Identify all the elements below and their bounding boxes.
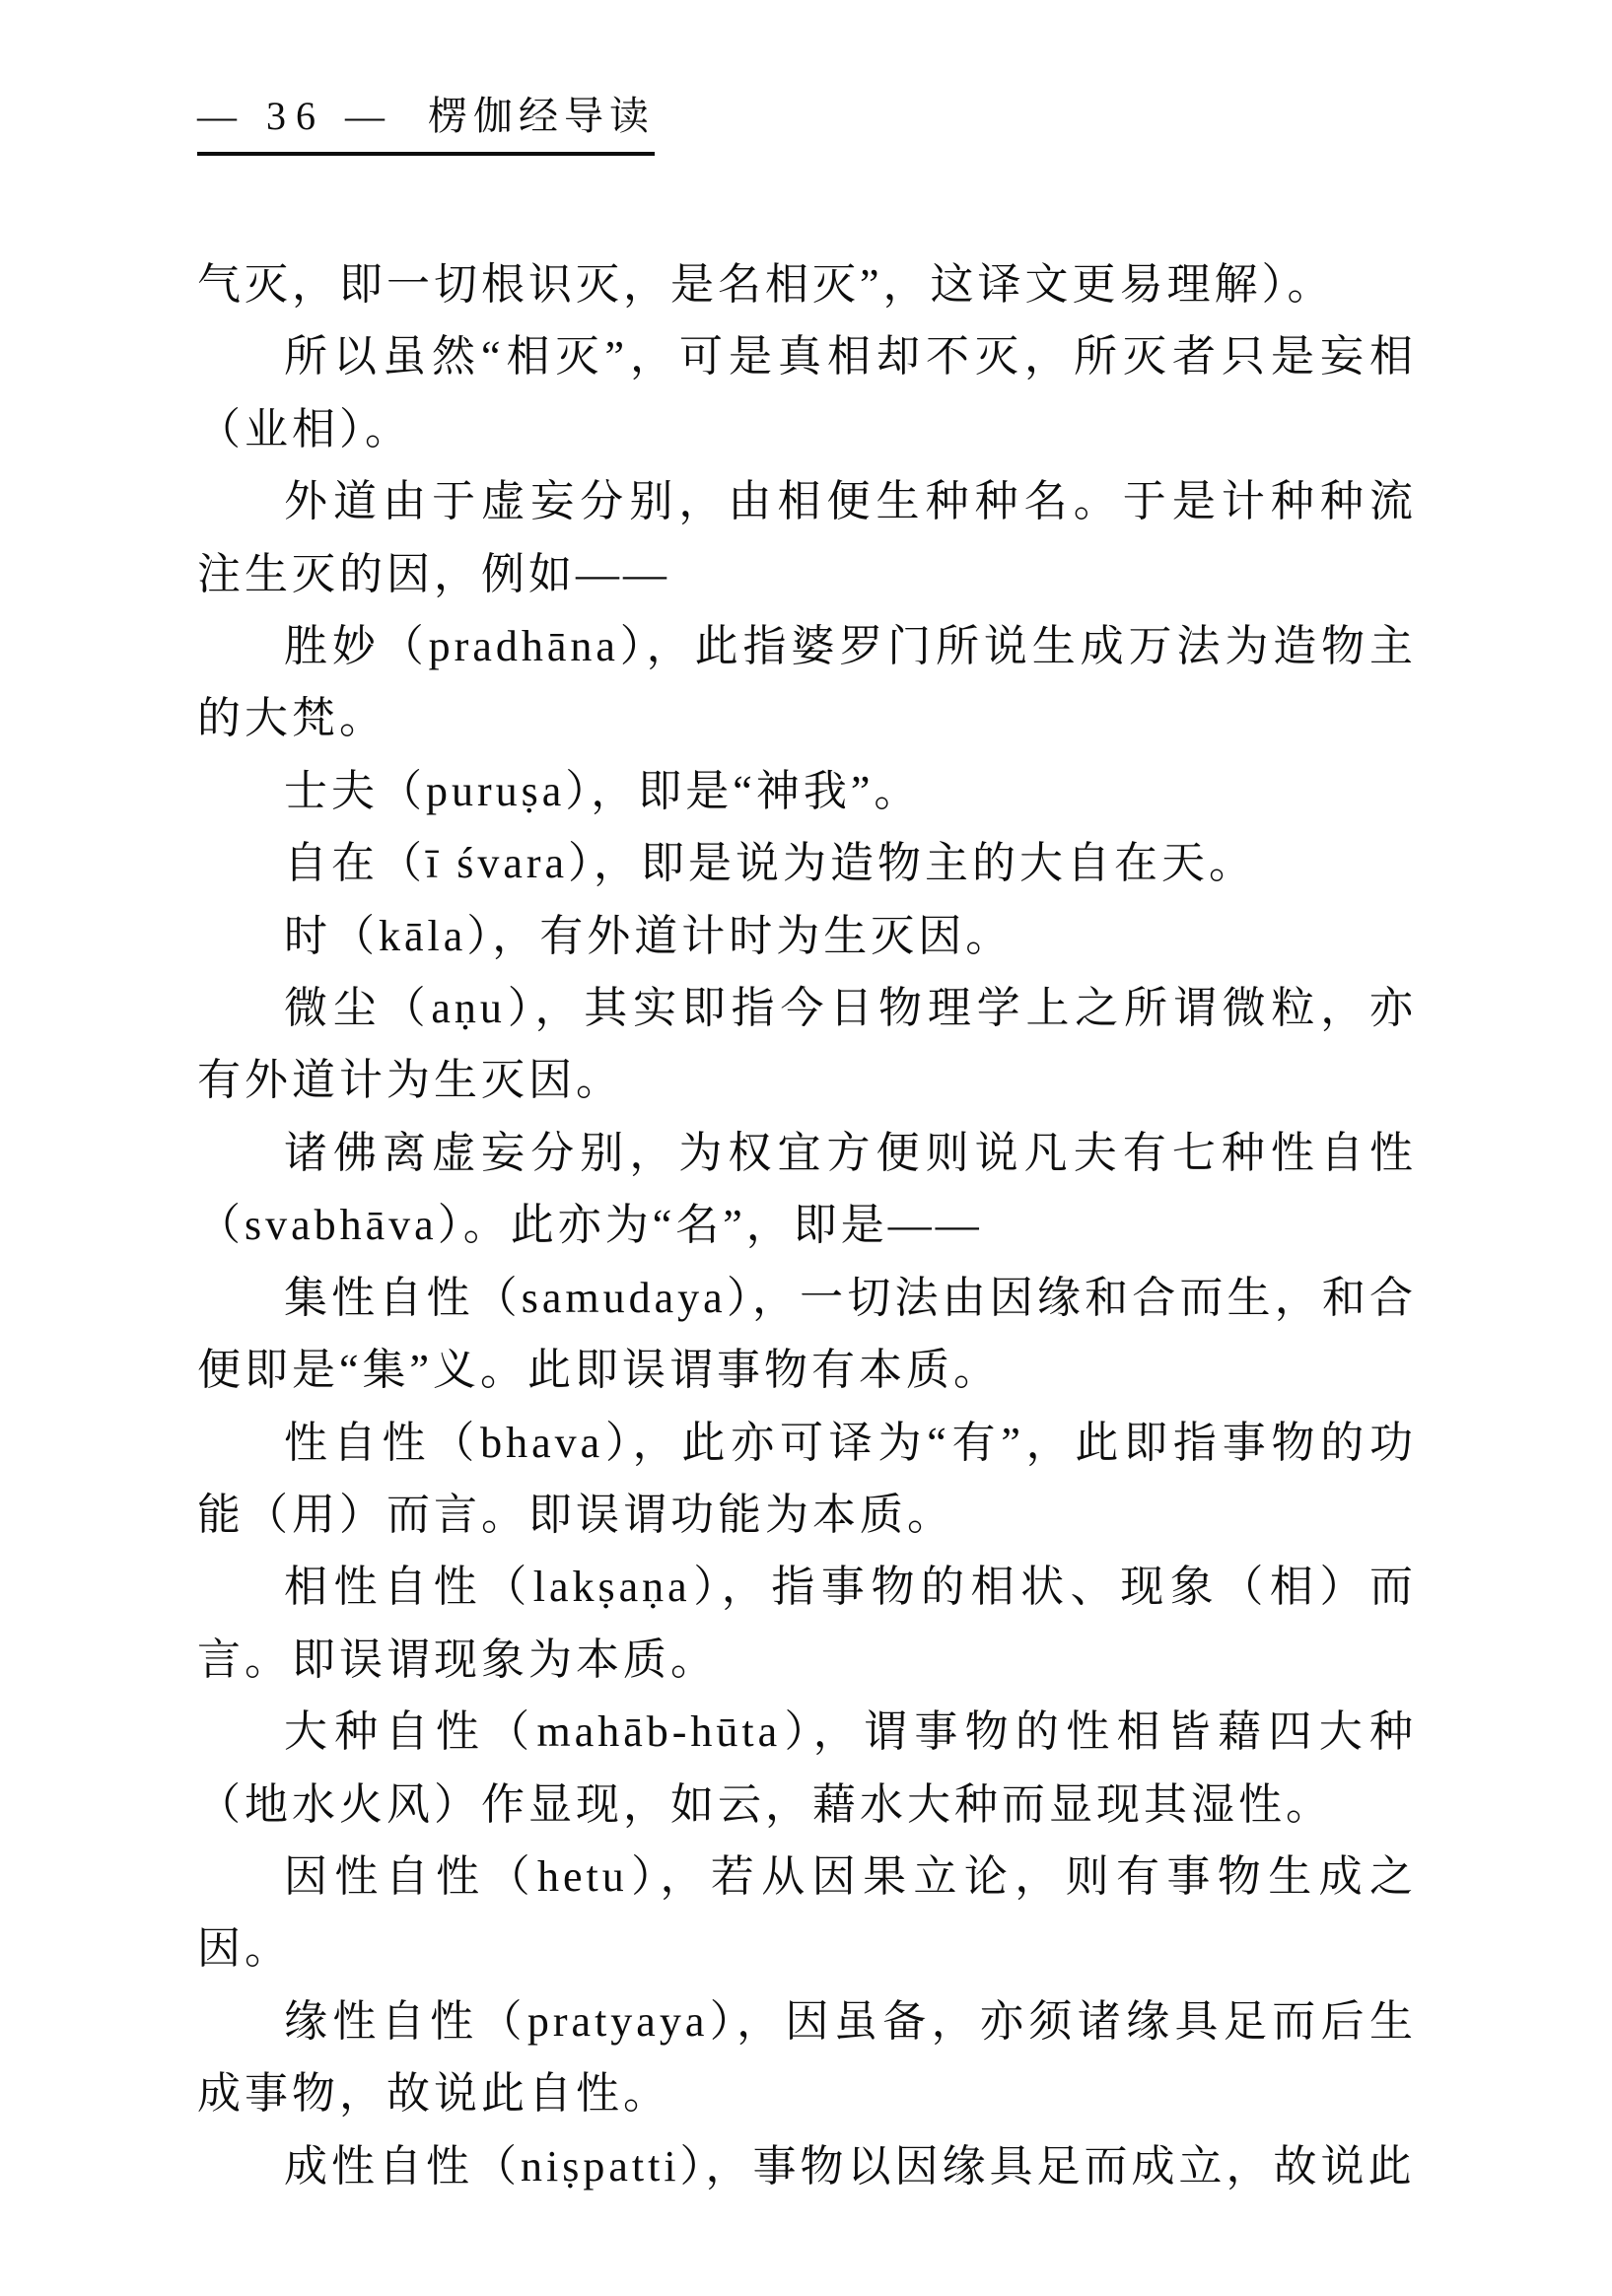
paragraph: 缘性自性（pratyaya），因虽备，亦须诸缘具足而后生成事物，故说此自性。	[197, 1985, 1417, 2130]
paragraph: 相性自性（lakṣaṇa），指事物的相状、现象（相）而言。即误谓现象为本质。	[197, 1551, 1417, 1696]
paragraph: 大种自性（mahāb-hūta），谓事物的性相皆藉四大种（地水火风）作显现，如云…	[197, 1696, 1417, 1841]
paragraph: 外道由于虚妄分别，由相便生种种名。于是计种种流注生灭的因，例如——	[197, 465, 1417, 610]
paragraph: 诸佛离虚妄分别，为权宜方便则说凡夫有七种性自性（svabhāva）。此亦为“名”…	[197, 1117, 1417, 1262]
paragraph: 所以虽然“相灭”，可是真相却不灭，所灭者只是妄相（业相）。	[197, 320, 1417, 465]
book-title: 楞伽经导读	[428, 94, 655, 138]
paragraph: 集性自性（samudaya），一切法由因缘和合而生，和合便即是“集”义。此即误谓…	[197, 1262, 1417, 1407]
page-number: — 36 —	[197, 94, 394, 138]
running-head: — 36 —楞伽经导读	[197, 93, 655, 156]
paragraph: 因性自性（hetu），若从因果立论，则有事物生成之因。	[197, 1841, 1417, 1985]
paragraph: 性自性（bhava），此亦可译为“有”，此即指事物的功能（用）而言。即误谓功能为…	[197, 1407, 1417, 1552]
paragraph: 胜妙（pradhāna），此指婆罗门所说生成万法为造物主的大梵。	[197, 610, 1417, 755]
book-page: — 36 —楞伽经导读 气灭，即一切根识灭，是名相灭”，这译文更易理解）。 所以…	[0, 0, 1612, 2296]
paragraph: 时（kāla），有外道计时为生灭因。	[197, 900, 1417, 972]
paragraph: 微尘（aṇu），其实即指今日物理学上之所谓微粒，亦有外道计为生灭因。	[197, 972, 1417, 1117]
body-text: 气灭，即一切根识灭，是名相灭”，这译文更易理解）。 所以虽然“相灭”，可是真相却…	[197, 248, 1417, 2202]
paragraph: 自在（ī śvara），即是说为造物主的大自在天。	[197, 827, 1417, 899]
paragraph: 气灭，即一切根识灭，是名相灭”，这译文更易理解）。	[197, 248, 1417, 320]
paragraph: 成性自性（niṣpatti），事物以因缘具足而成立，故说此	[197, 2130, 1417, 2202]
paragraph: 士夫（puruṣa），即是“神我”。	[197, 755, 1417, 827]
